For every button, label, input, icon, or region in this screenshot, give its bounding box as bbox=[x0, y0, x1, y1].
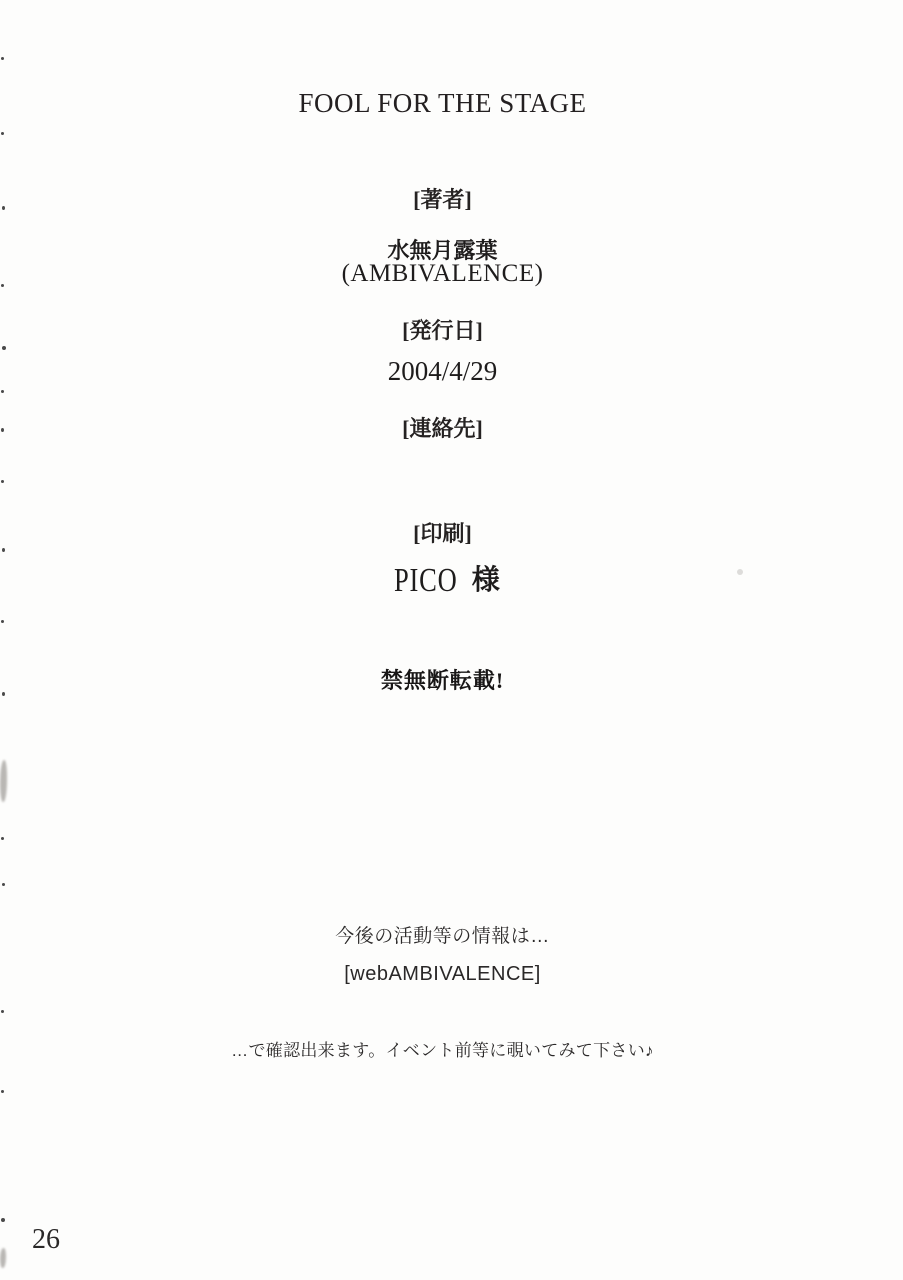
scan-speck bbox=[1, 1090, 4, 1093]
scan-speck bbox=[2, 548, 5, 552]
contact-heading: [連絡先] bbox=[0, 412, 885, 443]
closing-message-line: …で確認出来ます。イベント前等に覗いてみて下さい♪ bbox=[0, 1036, 885, 1061]
printer-name-suffix: 様 bbox=[472, 565, 500, 596]
scan-speck bbox=[1, 1010, 4, 1013]
doujinshi-colophon-page: FOOL FOR THE STAGE [著者] 水無月露葉 (AMBIVALEN… bbox=[0, 0, 903, 1280]
scan-faint-dot bbox=[737, 569, 743, 575]
website-name-line: [webAMBIVALENCE] bbox=[0, 963, 885, 986]
printer-name-latin: PICO bbox=[394, 562, 458, 600]
scan-speck bbox=[2, 206, 5, 210]
scan-speck bbox=[1, 132, 4, 135]
printing-heading: [印刷] bbox=[0, 517, 885, 548]
printer-name: PICO様 bbox=[0, 558, 885, 600]
circle-name: (AMBIVALENCE) bbox=[0, 260, 885, 288]
no-reproduction-notice: 禁無断転載! bbox=[0, 664, 885, 695]
scan-speck bbox=[1, 390, 4, 393]
scan-speck bbox=[2, 692, 5, 696]
scan-speck bbox=[1, 1218, 5, 1222]
publication-date-value: 2004/4/29 bbox=[0, 356, 885, 387]
scan-speck bbox=[1, 620, 4, 623]
scan-speck bbox=[1, 837, 4, 840]
scan-speck bbox=[1, 428, 4, 432]
scan-speck bbox=[2, 883, 5, 886]
scan-speck bbox=[1, 57, 4, 60]
future-info-line: 今後の活動等の情報は… bbox=[0, 921, 885, 948]
scan-smudge bbox=[0, 1248, 6, 1268]
scan-speck bbox=[1, 480, 4, 483]
page-number: 26 bbox=[32, 1224, 60, 1256]
scan-smudge bbox=[0, 760, 7, 802]
publication-date-heading: [発行日] bbox=[0, 314, 885, 345]
scan-speck bbox=[1, 284, 4, 287]
author-heading: [著者] bbox=[0, 183, 885, 214]
scan-speck bbox=[2, 346, 6, 350]
book-title: FOOL FOR THE STAGE bbox=[0, 88, 885, 119]
